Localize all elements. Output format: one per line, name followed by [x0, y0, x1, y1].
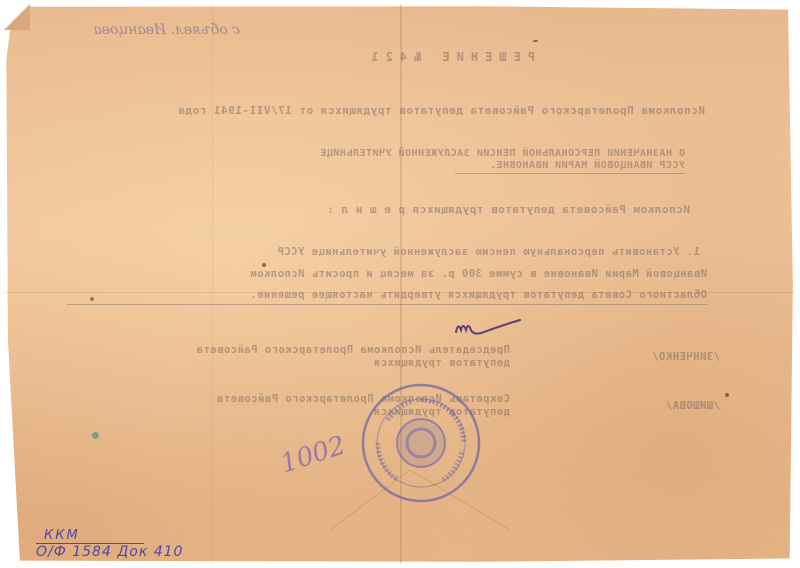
- paper-fold-lines: [0, 0, 800, 568]
- archive-mark-bottom: О/Ф 1584 Док 410: [36, 544, 183, 560]
- archive-mark: ККМ О/Ф 1584 Док 410: [36, 528, 183, 560]
- archive-mark-top: ККМ: [36, 528, 144, 544]
